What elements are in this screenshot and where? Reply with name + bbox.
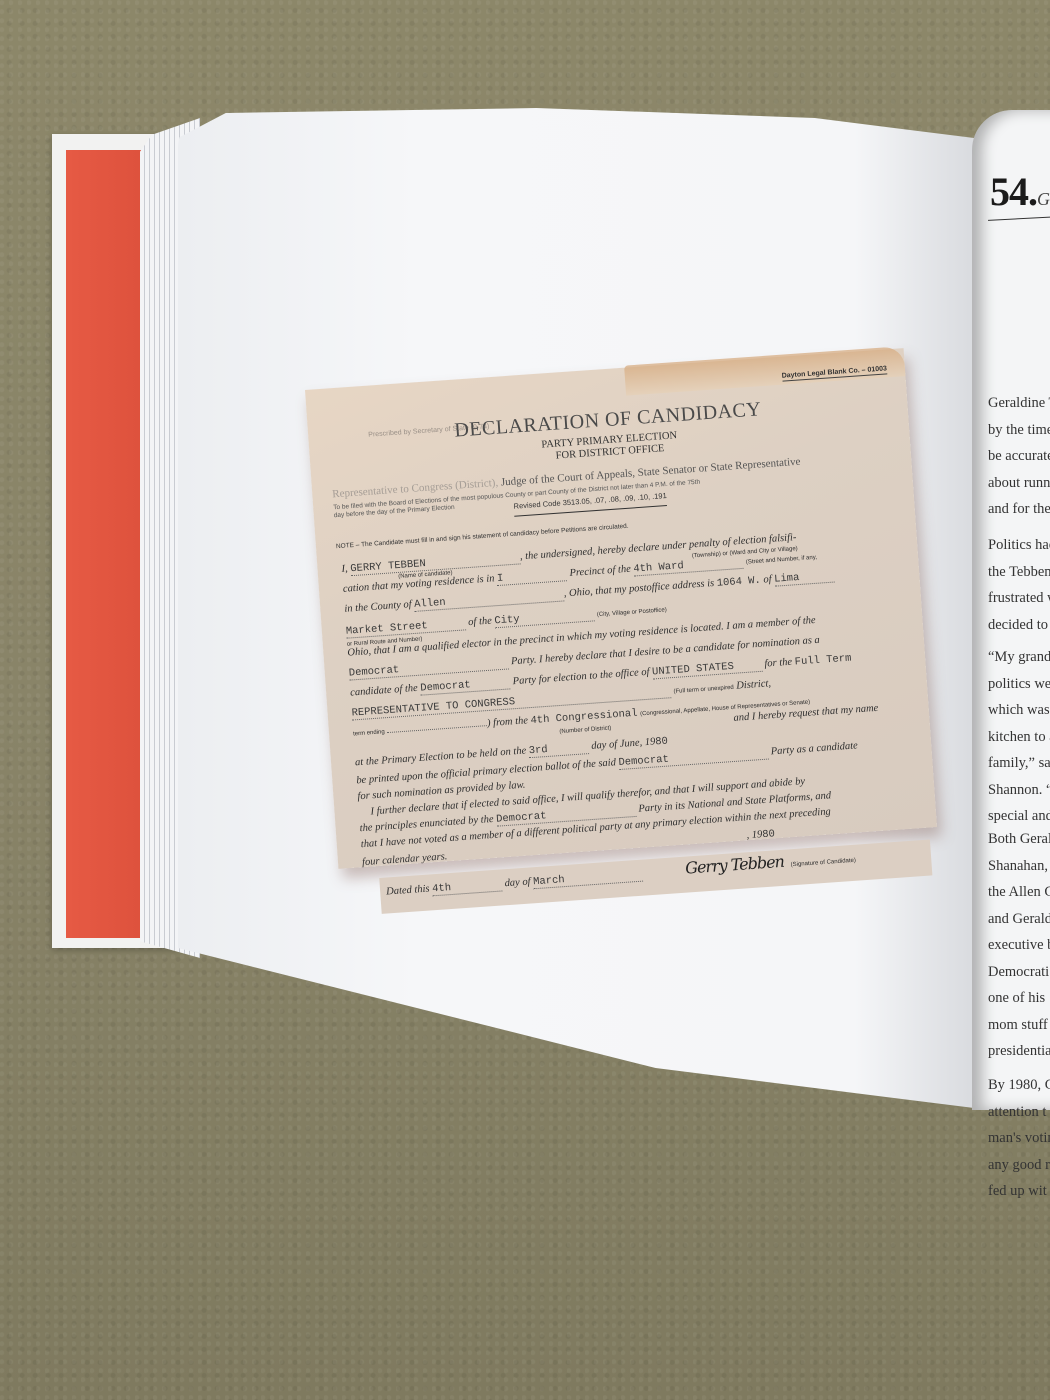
chapter-number: 54.G [990, 168, 1049, 215]
right-page-paragraph-1: Geraldine Tby the timebe accurateabout r… [988, 390, 1050, 523]
declaration-form: Dayton Legal Blank Co. – 01003 Prescribe… [305, 348, 937, 869]
declaration-document-photo: Dayton Legal Blank Co. – 01003 Prescribe… [305, 390, 925, 930]
right-page-paragraph-2: Politics hadthe Tebbensfrustrated wdecid… [988, 532, 1050, 638]
right-page-paragraph-4: Both GeralShanahan,the Allen Cand Gerald… [988, 826, 1050, 1065]
right-page-paragraph-5: By 1980, Gattention tman's votinany good… [988, 1072, 1050, 1205]
right-page-paragraph-3: “My grandrpolitics werwhich was akitchen… [988, 644, 1050, 830]
candidate-signature: Gerry Tebben [685, 852, 785, 878]
